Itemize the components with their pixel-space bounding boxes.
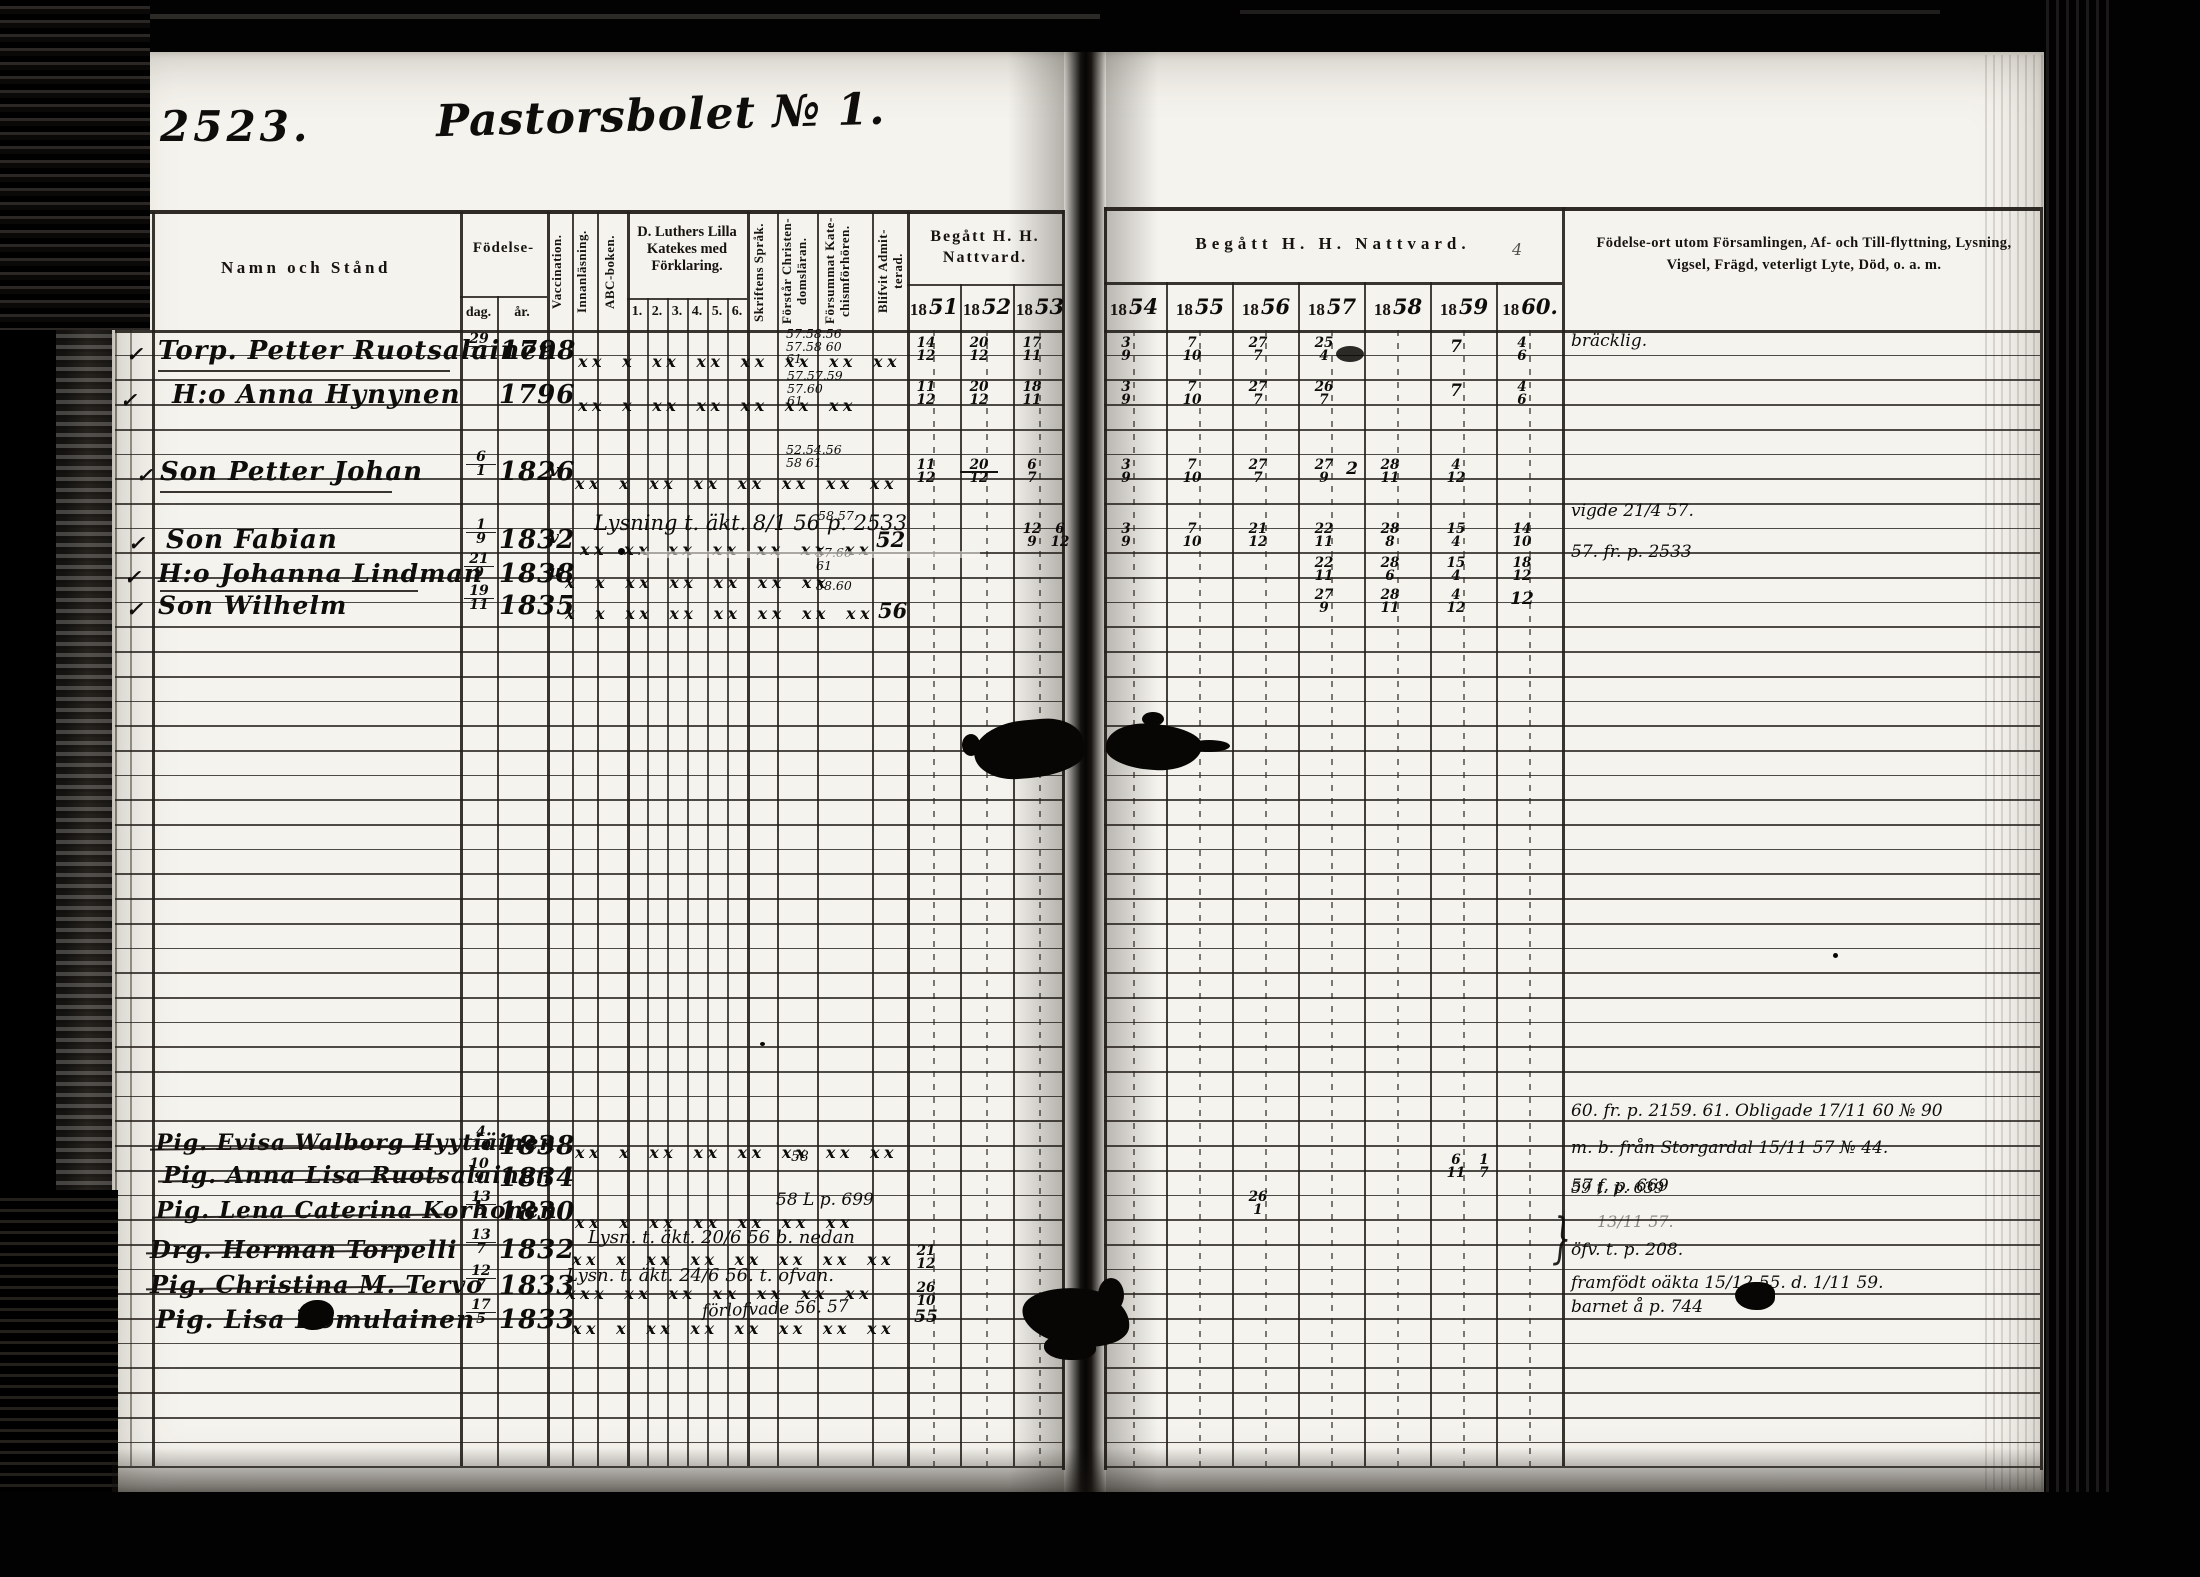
date-fraction-part: 10 bbox=[1177, 472, 1207, 485]
date-fraction: 39 bbox=[1111, 337, 1141, 362]
date-fraction-part: 9 bbox=[1111, 472, 1141, 485]
column-header-nattvard-right: Begått H. H. Nattvard. bbox=[1104, 234, 1562, 254]
forsummat-years: 52.54.5658 61 bbox=[786, 444, 842, 469]
column-header-nattvard-left: Begått H. H. Nattvard. bbox=[909, 226, 1061, 268]
date-fraction: 612 bbox=[1045, 523, 1075, 548]
grid-hline bbox=[115, 873, 1064, 875]
margin-checkmark: ✓ bbox=[126, 597, 143, 621]
date-fraction-part: 12 bbox=[964, 394, 994, 407]
page-number: 2523. bbox=[160, 102, 312, 151]
margin-checkmark: ✓ bbox=[120, 388, 137, 412]
ink-blot bbox=[1044, 1334, 1096, 1360]
ink-speck bbox=[1833, 953, 1838, 958]
column-header-notes: Födelse-ort utom Församlingen, Af- och T… bbox=[1578, 232, 2030, 276]
grid-hline bbox=[1104, 1417, 2040, 1419]
grid-hline bbox=[1104, 824, 2040, 826]
grid-hline bbox=[115, 1120, 1064, 1122]
communion-date: 7 bbox=[1441, 337, 1471, 357]
communion-date: 7 bbox=[1441, 381, 1471, 401]
grid-hline bbox=[1104, 1392, 2040, 1394]
birth-year: 1830 bbox=[499, 1197, 575, 1227]
date-fraction: 1711 bbox=[1017, 337, 1047, 362]
year-print-part: 18 bbox=[1110, 300, 1127, 319]
person-name: Pig. Lena Caterina Korhonen bbox=[156, 1197, 558, 1224]
grid-hline bbox=[115, 1096, 1064, 1098]
remark-note: 57 f. p. 669 bbox=[1571, 1176, 1669, 1196]
date-fraction: 2012 bbox=[964, 337, 994, 362]
communion-date: 12 bbox=[1507, 589, 1537, 609]
grid-hline bbox=[115, 725, 1064, 727]
grid-vline bbox=[1013, 284, 1015, 1466]
person-name: Torp. Petter Ruotsalainen bbox=[158, 336, 558, 366]
date-fraction: 710 bbox=[1177, 381, 1207, 406]
date-fraction-part: 12 bbox=[964, 472, 994, 485]
reading-marks: xx x xx xx xx xx xx xx bbox=[575, 1143, 898, 1162]
date-fraction: 2012 bbox=[964, 381, 994, 406]
person-name: Son Wilhelm bbox=[158, 591, 347, 620]
vaccination-mark: u bbox=[549, 562, 561, 582]
year-print-part: 18 bbox=[1016, 300, 1033, 319]
column-header-vaccination: Vaccination. bbox=[549, 216, 569, 328]
person-name: Son Fabian bbox=[166, 525, 338, 555]
date-fraction: 127 bbox=[466, 1265, 496, 1292]
date-fraction: 154 bbox=[1441, 523, 1471, 548]
forsummat-line: 58.60 bbox=[816, 580, 852, 593]
grid-hline bbox=[115, 849, 1064, 851]
date-fraction-part: 12 bbox=[1441, 472, 1471, 485]
grid-hline bbox=[1104, 207, 2040, 211]
year-print-part: 18 bbox=[1242, 300, 1259, 319]
year-label-1853: 1853 bbox=[1007, 295, 1071, 320]
date-fraction-part: 7 bbox=[1243, 472, 1273, 485]
grid-hline bbox=[1104, 1367, 2040, 1369]
grid-hline bbox=[115, 454, 1064, 456]
date-fraction-part: 10 bbox=[911, 1295, 941, 1308]
date-fraction-part: 12 bbox=[911, 350, 941, 363]
remark-note: m. b. från Storgardal 15/11 57 № 44. bbox=[1571, 1138, 1888, 1158]
reading-marks: xx x xx xx xx xx xx xx bbox=[575, 474, 898, 493]
date-fraction-part: 7 bbox=[466, 1243, 496, 1256]
year-handwritten-part: 53 bbox=[1035, 294, 1064, 319]
date-fraction: 710 bbox=[1177, 523, 1207, 548]
remark-note: framfödt oäkta 15/12 55. d. 1/11 59. bbox=[1571, 1273, 1884, 1293]
grid-hline bbox=[115, 1392, 1064, 1394]
grid-hline bbox=[115, 972, 1064, 974]
date-fraction: 1812 bbox=[1507, 557, 1537, 582]
annotation-fabian-lysning: Lysning t. äkt. 8/1 56 p. 2533 bbox=[594, 511, 907, 535]
date-fraction: 261 bbox=[1243, 1191, 1273, 1216]
grid-hline bbox=[1104, 948, 2040, 950]
grid-hline bbox=[1104, 626, 2040, 628]
date-fraction: 46 bbox=[1507, 381, 1537, 406]
column-header-skriftens-sprak: Skriftens Språk. bbox=[751, 216, 771, 328]
date-fraction: 277 bbox=[1243, 337, 1273, 362]
year-handwritten-part: 59 bbox=[1459, 294, 1488, 319]
date-fraction-part: 12 bbox=[911, 472, 941, 485]
paper-right-grunge bbox=[1985, 55, 2046, 1490]
grid-hline bbox=[1104, 1096, 2040, 1098]
date-fraction-part: 1 bbox=[466, 465, 496, 478]
date-fraction-part: 9 bbox=[1111, 394, 1141, 407]
person-name: Pig. Christina M. Tervo bbox=[150, 1270, 483, 1299]
date-fraction-part: 11 bbox=[1375, 602, 1405, 615]
grid-vline-dashed bbox=[1265, 330, 1267, 1466]
grid-hline bbox=[115, 429, 1064, 431]
date-fraction: 109 bbox=[464, 1158, 494, 1185]
date-fraction-part: 12 bbox=[1045, 536, 1075, 549]
date-fraction-part: 12 bbox=[911, 394, 941, 407]
birth-year: 1832 bbox=[499, 1235, 575, 1265]
grid-hline bbox=[115, 923, 1064, 925]
communion-strikethrough bbox=[960, 471, 998, 473]
date-fraction: 2911 bbox=[464, 333, 494, 360]
grid-vline bbox=[960, 284, 962, 1466]
date-fraction-part: 9 bbox=[1309, 472, 1339, 485]
date-fraction: 2811 bbox=[1375, 589, 1405, 614]
remark-note: vigde 21/4 57. bbox=[1571, 501, 1694, 521]
grid-hline bbox=[1104, 898, 2040, 900]
year-print-part: 18 bbox=[963, 300, 980, 319]
date-fraction-part: 10 bbox=[1507, 536, 1537, 549]
date-fraction: 39 bbox=[1111, 459, 1141, 484]
annotation-herman-brace: } bbox=[1552, 1208, 1571, 1271]
vaccination-mark: v bbox=[549, 461, 559, 481]
person-name: H:o Anna Hynynen bbox=[172, 380, 460, 410]
birth-year: 1796 bbox=[499, 380, 575, 410]
margin-checkmark: ✓ bbox=[136, 463, 153, 487]
person-name: Drg. Herman Torpelli bbox=[150, 1235, 457, 1264]
year-print-part: 18 bbox=[1374, 300, 1391, 319]
birth-year: 1838 bbox=[499, 559, 575, 589]
grid-vline-dashed bbox=[1133, 330, 1135, 1466]
grid-vline bbox=[1496, 282, 1498, 1466]
ink-blot bbox=[996, 762, 1040, 778]
grid-hline bbox=[1104, 1269, 2040, 1271]
grid-vline bbox=[907, 212, 910, 1466]
date-fraction-part: 9 bbox=[1309, 602, 1339, 615]
date-fraction: 1412 bbox=[911, 337, 941, 362]
grid-hline bbox=[460, 296, 547, 298]
date-fraction: 279 bbox=[1309, 459, 1339, 484]
date-fraction: 67 bbox=[1017, 459, 1047, 484]
date-fraction: 2211 bbox=[1309, 557, 1339, 582]
grid-hline bbox=[115, 775, 1064, 777]
date-fraction: 17 bbox=[1469, 1154, 1499, 1179]
grid-hline bbox=[1104, 923, 2040, 925]
date-fraction: 1811 bbox=[1017, 381, 1047, 406]
person-name: H:o Johanna Lindman bbox=[158, 559, 483, 588]
column-header-forstar-christendomslaran: Förstår Christen- domsläran. bbox=[779, 214, 815, 328]
margin-checkmark: ✓ bbox=[124, 565, 141, 589]
grid-hline bbox=[1104, 602, 2040, 604]
grid-hline bbox=[1104, 725, 2040, 727]
skrift-year: 58 bbox=[791, 1149, 809, 1165]
date-fraction: 412 bbox=[1441, 589, 1471, 614]
date-fraction: 1112 bbox=[911, 381, 941, 406]
date-fraction-part: 4 bbox=[1441, 570, 1471, 583]
year-print-part: 18 bbox=[910, 300, 927, 319]
grid-hline bbox=[1104, 775, 2040, 777]
grid-hline bbox=[1104, 1046, 2040, 1048]
person-name: Pig. Anna Lisa Ruotsalainen bbox=[163, 1162, 553, 1189]
birth-year: 1838 bbox=[499, 1131, 575, 1161]
date-fraction: 710 bbox=[1177, 459, 1207, 484]
ink-speck bbox=[618, 548, 625, 555]
grid-hline bbox=[1104, 873, 2040, 875]
date-fraction-part: 11 bbox=[1017, 350, 1047, 363]
grid-vline-dashed bbox=[1529, 330, 1531, 1466]
year-label-1856: 1856 bbox=[1233, 295, 1297, 320]
scan-edge-top bbox=[0, 0, 2200, 52]
grid-hline bbox=[115, 997, 1064, 999]
date-fraction: 175 bbox=[466, 1299, 496, 1326]
grid-vline bbox=[1166, 282, 1168, 1466]
scan-edge-left-texture bbox=[56, 290, 112, 1260]
year-label-1859: 1859 bbox=[1431, 295, 1495, 320]
date-fraction: 2112 bbox=[1243, 523, 1273, 548]
grid-hline bbox=[115, 1367, 1064, 1369]
date-fraction-part: 9 bbox=[1111, 536, 1141, 549]
paper-bottom-fade bbox=[112, 1448, 2044, 1492]
date-fraction-part: 10 bbox=[1177, 394, 1207, 407]
date-fraction-part: 12 bbox=[911, 1258, 941, 1271]
date-fraction-part: 7 bbox=[1017, 472, 1047, 485]
column-header-birth-day: dag. bbox=[460, 305, 497, 321]
birth-year: 1833 bbox=[499, 1305, 575, 1335]
year-handwritten-part: 58 bbox=[1393, 294, 1422, 319]
ink-blot bbox=[1735, 1282, 1775, 1310]
scanned-ledger-spread: 2523. Pastorsbolet № 1. Namn och Stånd F… bbox=[0, 0, 2200, 1577]
year-print-part: 18 bbox=[1176, 300, 1193, 319]
admitted-year: 56 bbox=[878, 598, 907, 623]
year-label-1857: 1857 bbox=[1299, 295, 1363, 320]
grid-vline-dashed bbox=[1331, 330, 1333, 1466]
date-fraction-part: 10 bbox=[1177, 350, 1207, 363]
date-fraction-part: 10 bbox=[1177, 536, 1207, 549]
grid-hline bbox=[115, 1417, 1064, 1419]
forsummat-line: 61 bbox=[816, 560, 852, 573]
name-underline bbox=[158, 370, 450, 372]
grid-hline bbox=[1104, 651, 2040, 653]
forsummat-line: 61 bbox=[786, 353, 842, 366]
date-fraction-part: 1 bbox=[1243, 1204, 1273, 1217]
date-fraction: 254 bbox=[1309, 337, 1339, 362]
forsummat-years: 57.57.5957.6061 bbox=[787, 370, 843, 408]
grid-hline bbox=[1104, 849, 2040, 851]
year-print-part: 18 bbox=[1440, 300, 1457, 319]
grid-hline bbox=[1104, 1343, 2040, 1345]
column-header-katekes-5: 5. bbox=[707, 304, 727, 320]
date-fraction-part: 11 bbox=[1309, 536, 1339, 549]
grid-hline bbox=[115, 898, 1064, 900]
date-fraction-part: 6 bbox=[1507, 394, 1537, 407]
year-label-1855: 1855 bbox=[1167, 295, 1231, 320]
column-header-katekes-4: 4. bbox=[687, 304, 707, 320]
date-fraction: 39 bbox=[1111, 523, 1141, 548]
grid-hline bbox=[115, 1046, 1064, 1048]
date-fraction: 19 bbox=[466, 519, 496, 546]
scan-edge-bottom bbox=[0, 1492, 2200, 1577]
remark-note: öfv. t. p. 208. bbox=[1571, 1240, 1683, 1260]
year-print-part: 18 bbox=[1502, 300, 1519, 319]
grid-vline-dashed bbox=[1199, 330, 1201, 1466]
grid-hline bbox=[1104, 1442, 2040, 1444]
vaccination-mark: v bbox=[549, 528, 559, 548]
grid-hline bbox=[1104, 577, 2040, 579]
grid-hline bbox=[115, 750, 1064, 752]
forsummat-years: 58.60 bbox=[816, 580, 852, 593]
year-label-1858: 1858 bbox=[1365, 295, 1429, 320]
date-fraction: 1911 bbox=[464, 585, 494, 612]
date-fraction: 219 bbox=[464, 553, 494, 580]
date-fraction-part: 7 bbox=[1243, 350, 1273, 363]
date-fraction: 46 bbox=[1507, 337, 1537, 362]
date-fraction: 286 bbox=[1375, 557, 1405, 582]
date-fraction-part: 5 bbox=[466, 1313, 496, 1326]
date-fraction-part: 7 bbox=[466, 1279, 496, 1292]
year-handwritten-part: 60. bbox=[1521, 294, 1558, 319]
column-header-katekes-6: 6. bbox=[727, 304, 747, 320]
date-fraction-part: 12 bbox=[1243, 536, 1273, 549]
grid-hline bbox=[907, 284, 1064, 286]
remark-note: bräcklig. bbox=[1571, 331, 1647, 351]
grid-hline bbox=[115, 701, 1064, 703]
date-fraction: 137 bbox=[466, 1229, 496, 1256]
gutter-fold-shadow-right bbox=[1106, 52, 1158, 1492]
forsummat-years: 57.58.5657.58 6061 bbox=[786, 328, 842, 366]
grid-hline bbox=[1104, 282, 1562, 285]
date-fraction-part: 11 bbox=[1309, 570, 1339, 583]
date-fraction-part: 6 bbox=[1507, 350, 1537, 363]
year-label-1854: 1854 bbox=[1101, 295, 1165, 320]
date-fraction: 277 bbox=[1243, 381, 1273, 406]
grid-hline bbox=[115, 626, 1064, 628]
date-fraction: 61 bbox=[466, 451, 496, 478]
grid-vline bbox=[1062, 210, 1065, 1470]
grid-hline bbox=[115, 651, 1064, 653]
grid-hline bbox=[1104, 799, 2040, 801]
remark-note: 57. fr. p. 2533 bbox=[1571, 542, 1692, 562]
reading-marks: x x xx xx xx xx xx xx bbox=[565, 604, 874, 623]
date-fraction-part: 12 bbox=[964, 350, 994, 363]
ink-blot bbox=[1098, 1278, 1124, 1312]
date-fraction: 2211 bbox=[1309, 523, 1339, 548]
date-fraction-part: 4 bbox=[1309, 350, 1339, 363]
grid-hline bbox=[1104, 1170, 2040, 1172]
date-fraction: 154 bbox=[1441, 557, 1471, 582]
grid-hline bbox=[1104, 997, 2040, 999]
ink-blot bbox=[1142, 712, 1164, 726]
date-fraction: 2112 bbox=[911, 1245, 941, 1270]
grid-hline bbox=[115, 948, 1064, 950]
date-fraction: 1112 bbox=[911, 459, 941, 484]
column-header-katekes: D. Luthers Lilla Katekes med Förklaring. bbox=[629, 224, 745, 275]
column-header-name: Namn och Stånd bbox=[152, 258, 460, 278]
date-fraction: 710 bbox=[1177, 337, 1207, 362]
date-fraction-part: 6 bbox=[1375, 570, 1405, 583]
date-fraction-part: 4 bbox=[1441, 536, 1471, 549]
grid-vline bbox=[1562, 207, 1565, 1466]
grid-hline bbox=[1104, 1293, 2040, 1295]
forsummat-line: 61 bbox=[787, 395, 843, 408]
annotation-herman-lysning: Lysn. t. äkt. 20/6 56 b. nedan bbox=[588, 1227, 855, 1248]
date-fraction-part: 11 bbox=[1375, 472, 1405, 485]
scan-edge-top-scratch bbox=[150, 14, 1100, 19]
grid-vline-dashed bbox=[1397, 330, 1399, 1466]
grid-hline bbox=[115, 1343, 1064, 1345]
person-name: Son Petter Johan bbox=[160, 457, 423, 487]
communion-date: 55 bbox=[911, 1307, 941, 1327]
date-fraction: 2811 bbox=[1375, 459, 1405, 484]
date-fraction: 39 bbox=[1111, 381, 1141, 406]
birth-year: 1798 bbox=[500, 336, 576, 366]
year-handwritten-part: 55 bbox=[1195, 294, 1224, 319]
grid-hline bbox=[1104, 1318, 2040, 1320]
reading-marks: xx x xx xx xx xx xx xx bbox=[572, 1319, 895, 1338]
date-fraction-part: 12 bbox=[1507, 570, 1537, 583]
birth-year: 1834 bbox=[499, 1163, 575, 1193]
ink-blot bbox=[1188, 740, 1230, 752]
grid-hline bbox=[115, 824, 1064, 826]
year-handwritten-part: 54 bbox=[1129, 294, 1158, 319]
grid-hline bbox=[115, 1022, 1064, 1024]
annotation-christina-lysning: Lysn. t. äkt. 24/6 56. t. ofvan. bbox=[566, 1265, 834, 1286]
grid-vline bbox=[1430, 282, 1432, 1466]
annotation-faint-note: 13/11 57. bbox=[1597, 1212, 1674, 1231]
date-fraction-part: 9 bbox=[464, 1172, 494, 1185]
date-fraction: 267 bbox=[1309, 381, 1339, 406]
grid-hline bbox=[115, 1442, 1064, 1444]
scan-corner-top-left bbox=[0, 0, 150, 330]
column-header-innanlasning: Innanläsning. bbox=[574, 216, 594, 328]
column-header-katekes-2: 2. bbox=[647, 304, 667, 320]
date-fraction-part: 9 bbox=[464, 567, 494, 580]
date-fraction-part: 11 bbox=[1441, 1167, 1471, 1180]
remark-note: barnet å p. 744 bbox=[1571, 1297, 1703, 1317]
date-fraction-part: 7 bbox=[1309, 394, 1339, 407]
column-header-forsummat-katechismforhoren: Försummat Kate- chismförhören. bbox=[822, 214, 866, 328]
grid-hline bbox=[115, 210, 1064, 214]
grid-hline bbox=[1104, 1219, 2040, 1221]
date-fraction-part: 9 bbox=[1111, 350, 1141, 363]
date-fraction: 279 bbox=[1309, 589, 1339, 614]
annotation-stray-mark: 4 bbox=[1512, 240, 1522, 259]
grid-hline bbox=[115, 676, 1064, 678]
communion-date: 2 bbox=[1337, 459, 1367, 479]
date-fraction-part: 8 bbox=[1375, 536, 1405, 549]
grid-hline bbox=[1104, 676, 2040, 678]
grid-vline bbox=[872, 212, 874, 1466]
birth-year: 1833 bbox=[499, 1271, 575, 1301]
erasure-streak bbox=[640, 551, 980, 558]
ink-blot bbox=[962, 734, 980, 756]
grid-hline bbox=[1104, 750, 2040, 752]
date-fraction-part: 11 bbox=[464, 599, 494, 612]
column-header-abc-boken: ABC-boken. bbox=[602, 216, 622, 328]
person-name: Pig. Evisa Walborg Hyytiäinen bbox=[156, 1130, 556, 1156]
reading-marks: x x xx xx xx xx xx bbox=[565, 573, 830, 592]
column-header-katekes-1: 1. bbox=[627, 304, 647, 320]
grid-vline bbox=[1298, 282, 1300, 1466]
ink-smear bbox=[1336, 346, 1364, 362]
grid-hline bbox=[115, 1071, 1064, 1073]
date-fraction: 412 bbox=[1441, 459, 1471, 484]
date-fraction-part: 7 bbox=[1243, 394, 1273, 407]
birth-year: 1826 bbox=[499, 457, 575, 487]
date-fraction: 410 bbox=[466, 1126, 496, 1153]
date-fraction-part: 5 bbox=[466, 1205, 496, 1218]
forsummat-line: 58 61 bbox=[786, 457, 842, 470]
